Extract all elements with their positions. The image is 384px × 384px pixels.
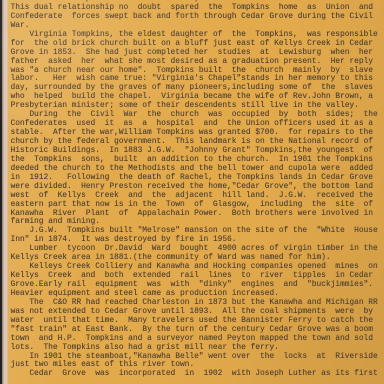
scan-edge-light <box>2 0 8 384</box>
scanned-page: Grant. The Tompkins had ten children; tw… <box>0 0 384 384</box>
typewritten-text: Grant. The Tompkins had ten children; tw… <box>11 0 378 379</box>
